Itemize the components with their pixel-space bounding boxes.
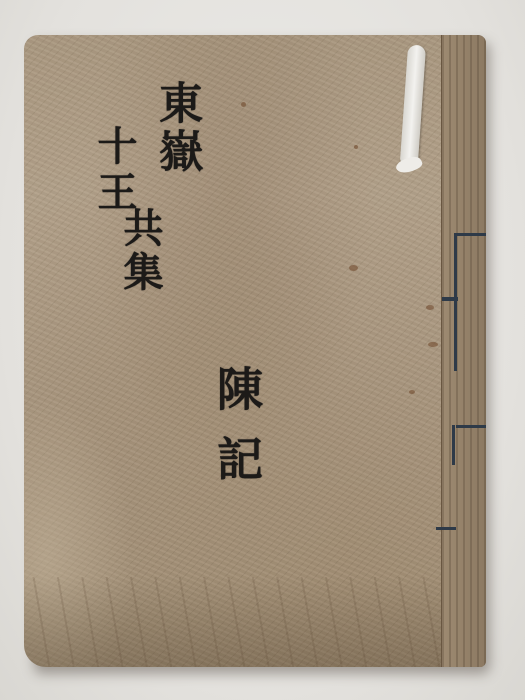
cover-title-sub: 共集 xyxy=(120,207,160,295)
binding-thread xyxy=(454,233,486,236)
cover-title-side: 十王 xyxy=(94,125,134,217)
stain xyxy=(409,390,415,394)
binding-thread xyxy=(442,297,458,301)
cover-title-main: 東嶽 xyxy=(154,80,198,176)
book-spine xyxy=(441,35,486,667)
binding-thread xyxy=(456,425,486,428)
owner-mark: 陳記 xyxy=(214,365,260,505)
stain xyxy=(428,342,438,347)
binding-thread xyxy=(454,233,457,371)
stain xyxy=(349,265,358,271)
binding-thread xyxy=(436,527,456,530)
binding-thread xyxy=(452,425,455,465)
frayed-bottom-edge xyxy=(24,577,486,667)
stain xyxy=(241,102,246,107)
stain xyxy=(354,145,358,149)
stain xyxy=(426,305,434,310)
